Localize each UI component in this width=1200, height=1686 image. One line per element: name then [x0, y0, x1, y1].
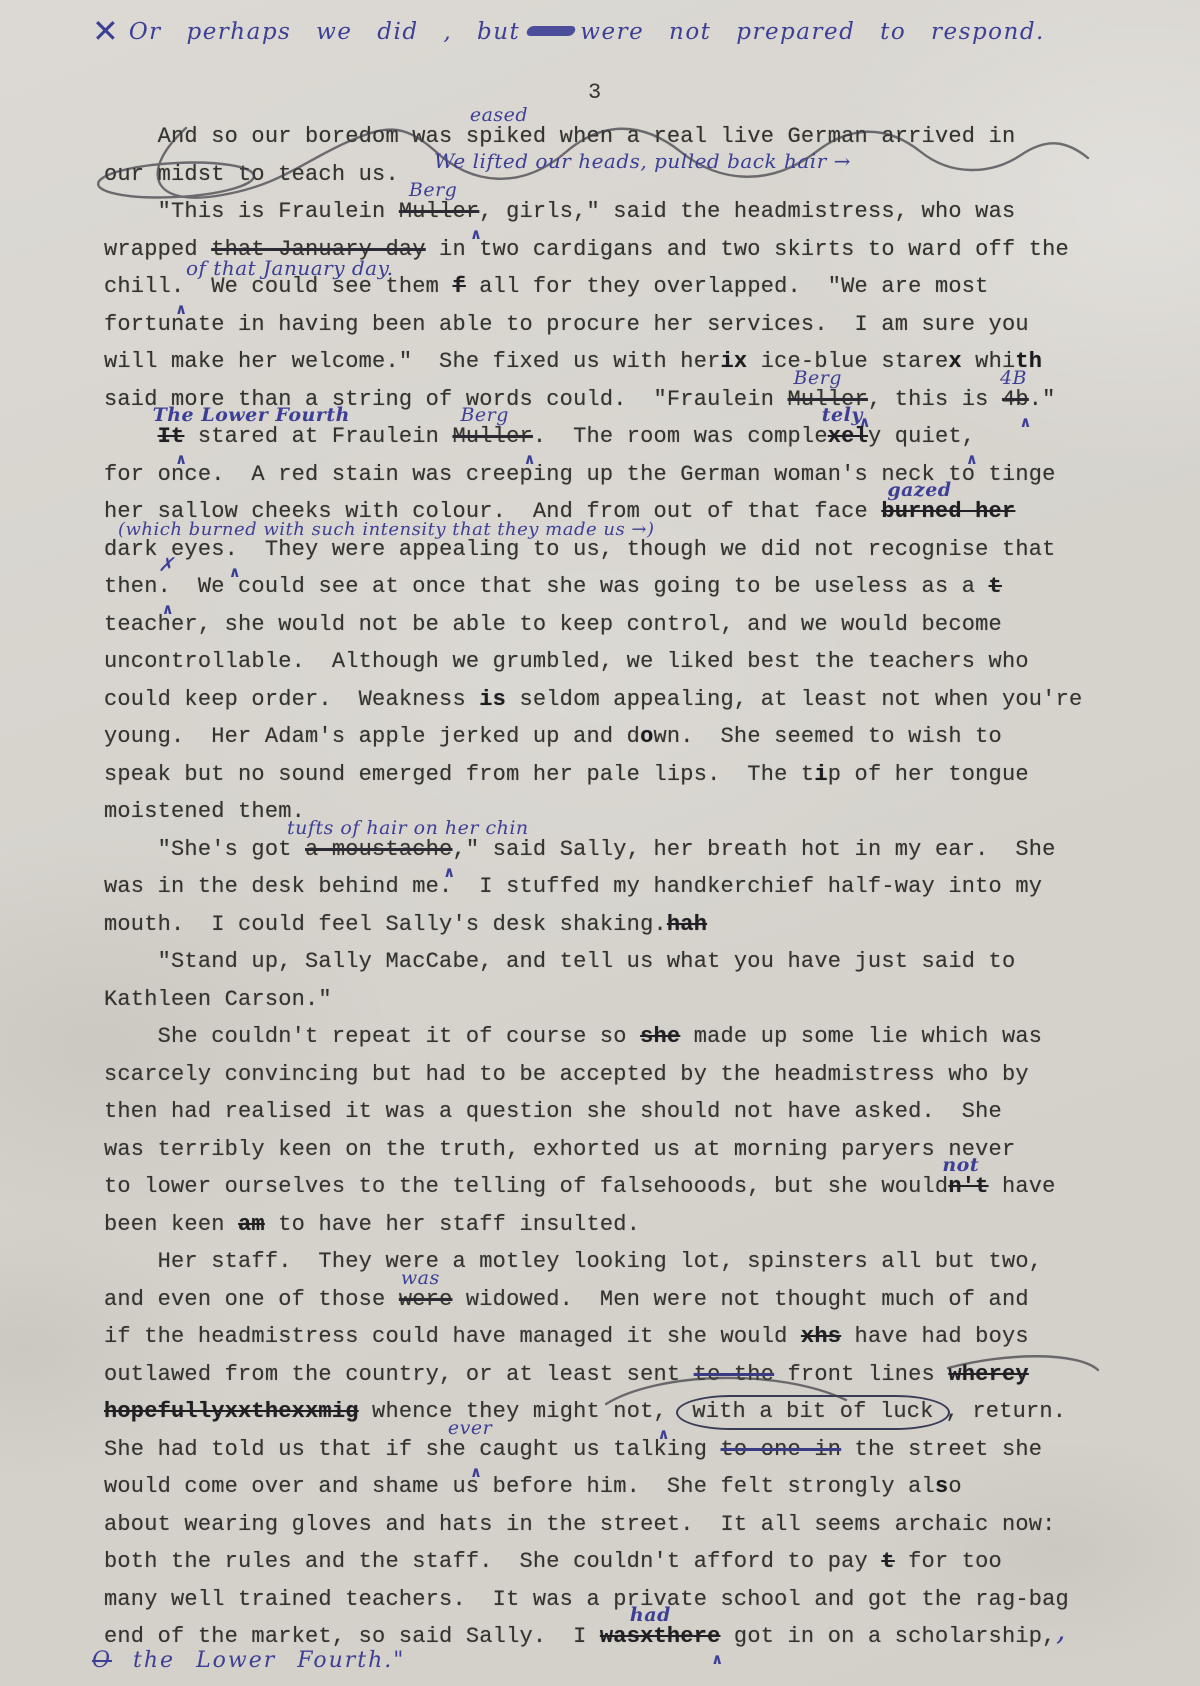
typescript-line: our midst to teach us.We lifted our head… [104, 156, 1144, 194]
typed-text: "This is Fraulein [104, 199, 399, 224]
typed-text: scarcely convincing but had to be accept… [104, 1062, 1029, 1087]
typed-xstrike: n'tnot [948, 1174, 988, 1199]
typed-text: have had boys [841, 1324, 1029, 1349]
typed-text: . The room was comple [533, 424, 828, 449]
typescript-line: then.✗∧ We could see at once that she wa… [104, 568, 1144, 606]
typed-xstrike: xhs [801, 1324, 841, 1349]
typed-text: for too [895, 1549, 1002, 1574]
handwritten-annotation: Berg [460, 406, 508, 425]
typed-text: "She's got [104, 837, 305, 862]
typescript-line: She couldn't repeat it of course so she … [104, 1018, 1144, 1056]
typed-text: y quiet, [868, 424, 975, 449]
typed-text: p of her tongue [828, 762, 1029, 787]
typed-text: , return. [946, 1399, 1067, 1424]
handwritten-annotation: eased [470, 106, 528, 125]
typescript-line: about wearing gloves and hats in the str… [104, 1506, 1144, 1544]
typed-text: all for they overlapped. "We are most [466, 274, 989, 299]
typed-text: many well trained teachers. It was a pri… [104, 1587, 1069, 1612]
handwritten-text: the Lower Fourth." [112, 1648, 405, 1673]
typed-text: end of the market, so said Sally. I [104, 1624, 600, 1649]
handwritten-annotation: ever [448, 1419, 492, 1438]
typed-text: She couldn't repeat it of course so [104, 1024, 640, 1049]
manuscript-page: { "page": { "number": "3", "paper_color"… [0, 0, 1200, 1686]
handwritten-struck-word: O [92, 1648, 112, 1673]
typed-text: "Stand up, Sally MacCabe, and tell us wh… [104, 949, 1015, 974]
typescript-line: Her staff. They were a motley looking lo… [104, 1243, 1144, 1281]
typed-text: the street she [841, 1437, 1042, 1462]
typed-strike: 4b4B∧ [1002, 387, 1029, 412]
handwritten-annotation: tufts of hair on her chin [287, 819, 529, 838]
typescript-line: "Stand up, Sally MacCabe, and tell us wh… [104, 943, 1144, 981]
typescript-line: to lower ourselves to the telling of fal… [104, 1168, 1144, 1206]
typed-text: our midst to teach us. [104, 162, 399, 187]
typed-text: have [989, 1174, 1056, 1199]
handwritten-annotation: 4B [1000, 369, 1027, 388]
typed-xstrike: xeltely [828, 424, 868, 449]
typed-text: and even one of those [104, 1287, 399, 1312]
typed-text: then had realised it was a question she … [104, 1099, 1002, 1124]
typescript-line: been keen am to have her staff insulted. [104, 1206, 1144, 1244]
handwritten-annotation: Berg [409, 181, 457, 200]
typed-strike: MullerBerg∧ [399, 199, 479, 224]
handwritten-annotation: (which burned with such intensity that t… [118, 519, 655, 541]
typed-strike: MullerBerg∧ [452, 424, 532, 449]
handwritten-annotation: Berg [794, 369, 842, 388]
typescript-line: both the rules and the staff. She couldn… [104, 1543, 1144, 1581]
typescript-line: would come over and shame us before him.… [104, 1468, 1144, 1506]
typescript-line: for once. A red stain was creeping up th… [104, 456, 1144, 494]
typed-text: o [948, 1474, 961, 1499]
typed-text: ice-blue stare [747, 349, 948, 374]
typed-xstrike: wherey [948, 1362, 1028, 1387]
typescript-line: was terribly keen on the truth, exhorted… [104, 1131, 1144, 1169]
handwritten-annotation: had [630, 1606, 671, 1625]
typed-text: then.✗∧ [104, 574, 171, 599]
typescript-line: was in the desk behind me. I stuffed my … [104, 868, 1144, 906]
typed-text: made up some lie which was [680, 1024, 1042, 1049]
typescript-line: scarcely convincing but had to be accept… [104, 1056, 1144, 1094]
typed-xstrike: f [452, 274, 465, 299]
handwritten-annotation: not [942, 1156, 979, 1175]
typescript-line: ItThe Lower Fourth∧ stared at Fraulein M… [104, 418, 1144, 456]
handwritten-top-note: ✕Or perhaps we did , butwere not prepare… [92, 12, 1045, 50]
typescript-line: outlawed from the country, or at least s… [104, 1356, 1144, 1394]
typed-text: speak but no sound emerged from her pale… [104, 762, 814, 787]
handwritten-annotation: was [401, 1269, 440, 1288]
typed-text: mouth. I could feel Sally's desk shaking… [104, 912, 667, 937]
typed-xstrike: burned hergazed [881, 499, 1015, 524]
handwritten-annotation: The Lower Fourth [153, 406, 350, 425]
typescript-line: speak but no sound emerged from her pale… [104, 756, 1144, 794]
typed-text: about wearing gloves and hats in the str… [104, 1512, 1056, 1537]
typed-text: got in on a scholarship, [721, 1624, 1056, 1649]
typed-xstrike: hopefullyxxthexxmig [104, 1399, 359, 1424]
handwritten-annotation: gazed [887, 481, 951, 500]
typed-text: whence they might not,∧ [359, 1399, 667, 1424]
ink-scribble [526, 26, 577, 36]
typed-text: front lines [774, 1362, 948, 1387]
typescript-line: and even one of those werewas widowed. M… [104, 1281, 1144, 1319]
typed-text: when a real live German arrived in [546, 124, 1015, 149]
typed-xstrike: hah [667, 912, 707, 937]
typed-text: ." [1029, 387, 1056, 412]
typed-text: She had told us that if she [104, 1437, 466, 1462]
typescript-line: uncontrollable. Although we grumbled, we… [104, 643, 1144, 681]
typed-strike: werewas [399, 1287, 453, 1312]
typed-strike: a moustachetufts of hair on her chin∧ [305, 837, 452, 862]
handwritten-text: were not prepared to respond. [580, 19, 1045, 45]
typescript: And so our boredom was spikedeased when … [104, 118, 1144, 1656]
typed-text: chill.∧ [104, 274, 184, 299]
typed-xstrike: she [640, 1024, 680, 1049]
typed-xstrike: wasxtherehad∧ [600, 1624, 721, 1649]
typed-text: moistened them. [104, 799, 305, 824]
typescript-line: many well trained teachers. It was a pri… [104, 1581, 1144, 1619]
handwritten-annotation: of that January day. [186, 257, 394, 279]
handwritten-text: Or perhaps we did , but [129, 19, 520, 45]
typed-text: And so our boredom was [104, 124, 466, 149]
typed-text: spikedeased [466, 124, 546, 149]
typescript-line: "This is Fraulein MullerBerg∧, girls," s… [104, 193, 1144, 231]
typed-text: fortunate in having been able to procure… [104, 312, 1029, 337]
typescript-line: hopefullyxxthexxmig whence they might no… [104, 1393, 1144, 1431]
typescript-line: then had realised it was a question she … [104, 1093, 1144, 1131]
caret-mark: ∧ [711, 1652, 723, 1666]
typescript-line: moistened them. [104, 793, 1144, 831]
typed-text: , this is [868, 387, 1002, 412]
typed-ot: o [640, 724, 653, 749]
typed-pstrike: te the [694, 1362, 774, 1387]
typed-text: ever∧ [466, 1437, 479, 1462]
typescript-line: wrapped that January day in two cardigan… [104, 231, 1144, 269]
typescript-line: fortunate in having been able to procure… [104, 306, 1144, 344]
handwritten-bottom-note: O the Lower Fourth." [92, 1648, 405, 1673]
typescript-line: She had told us that if she ever∧caught … [104, 1431, 1144, 1469]
typescript-line: her sallow cheeks with colour. And from … [104, 493, 1144, 531]
typed-text: would come over and shame us before him.… [104, 1474, 935, 1499]
typed-text: outlawed from the country, or at least s… [104, 1362, 694, 1387]
typescript-line: young. Her Adam's apple jerked up and do… [104, 718, 1144, 756]
typed-ot: x [948, 349, 961, 374]
typed-text: if the headmistress could have managed i… [104, 1324, 801, 1349]
typed-xstrike: t [989, 574, 1002, 599]
typed-text: uncontrollable. Although we grumbled, we… [104, 649, 1029, 674]
typed-text: young. Her Adam's apple jerked up and d [104, 724, 640, 749]
typescript-line: could keep order. Weakness is seldom app… [104, 681, 1144, 719]
typed-ot: is [479, 687, 506, 712]
typed-text: both the rules and the staff. She couldn… [104, 1549, 881, 1574]
typed-text: in two cardigans and two skirts to ward … [426, 237, 1069, 262]
typed-text: seldom appealing, at least not when you'… [506, 687, 1082, 712]
typed-text: widowed. Men were not thought much of an… [452, 1287, 1028, 1312]
typed-ot: ix [721, 349, 748, 374]
typed-xstrike: t [881, 1549, 894, 1574]
typed-text: We could see at once that she was going … [171, 574, 989, 599]
typescript-line: Kathleen Carson." [104, 981, 1144, 1019]
typed-text: was terribly keen on the truth, exhorted… [104, 1137, 1015, 1162]
typed-text: , girls," said the headmistress, who was [479, 199, 1015, 224]
typed-ot: s [935, 1474, 948, 1499]
x-mark-icon: ✕ [92, 12, 119, 50]
typed-text: caught us talking [479, 1437, 720, 1462]
typescript-line: mouth. I could feel Sally's desk shaking… [104, 906, 1144, 944]
typescript-line: teacher, she would not be able to keep c… [104, 606, 1144, 644]
handwritten-annotation: ✗ [158, 556, 174, 575]
typed-text [104, 424, 158, 449]
typed-text: stared at Fraulein [184, 424, 452, 449]
typed-text: to have her staff insulted. [265, 1212, 640, 1237]
typed-xstrike: am [238, 1212, 265, 1237]
typed-text: wn. She seemed to wish to [654, 724, 1002, 749]
page-number: 3 [588, 80, 601, 105]
typed-pstrike: to one in [721, 1437, 842, 1462]
typed-ot: i [814, 762, 827, 787]
typescript-line: will make her welcome." She fixed us wit… [104, 343, 1144, 381]
typed-text: could keep order. Weakness [104, 687, 479, 712]
typed-text: been keen [104, 1212, 238, 1237]
handwritten-annotation: tely [822, 406, 863, 425]
circled-phrase: with a bit of luck [676, 1395, 949, 1430]
typed-text: will make her welcome." She fixed us wit… [104, 349, 721, 374]
typescript-line: if the headmistress could have managed i… [104, 1318, 1144, 1356]
typed-text: teacher, she would not be able to keep c… [104, 612, 1002, 637]
typed-text: to lower ourselves to the telling of fal… [104, 1174, 948, 1199]
typed-text: was in the desk behind me. I stuffed my … [104, 874, 1042, 899]
typed-text: ," said Sally, her breath hot in my ear.… [452, 837, 1055, 862]
typed-text: Her staff. They were a motley looking lo… [104, 1249, 1042, 1274]
typed-text: Kathleen Carson." [104, 987, 332, 1012]
handwritten-annotation: , [1056, 1620, 1066, 1642]
handwritten-annotation: We lifted our heads, pulled back hair → [434, 150, 851, 172]
typescript-line: "She's got a moustachetufts of hair on h… [104, 831, 1144, 869]
typed-xstrike: ItThe Lower Fourth∧ [158, 424, 185, 449]
